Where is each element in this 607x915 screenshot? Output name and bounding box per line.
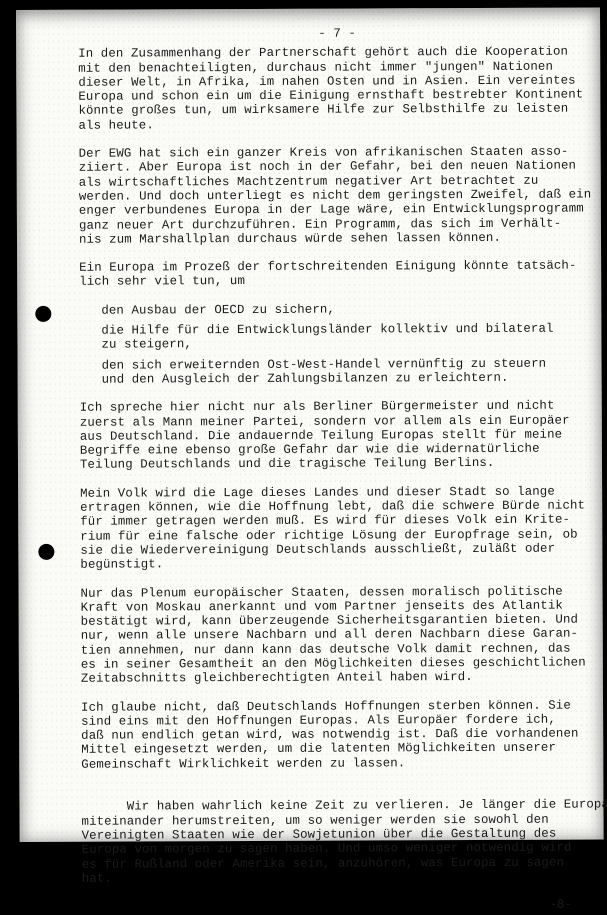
- paragraph-plenum: Nur das Plenum europäischer Staaten, des…: [81, 584, 571, 686]
- paragraph-my-people: Mein Volk wird die Lage dieses Landes un…: [80, 484, 570, 572]
- scanned-page: - 7 - In den Zusammenhang der Partnersch…: [16, 7, 604, 842]
- typewritten-text: - 7 - In den Zusammenhang der Partnersch…: [78, 26, 572, 864]
- list-item: den Ausbau der OECD zu sichern,: [101, 301, 569, 317]
- paragraph-berlin-mayor: Ich spreche hier nicht nur als Berliner …: [80, 399, 570, 473]
- punch-hole-upper: [35, 306, 51, 322]
- paragraph-partnership: In den Zusammenhang der Partnerschaft ge…: [78, 45, 568, 133]
- paragraph-europe-process: Ein Europa im Prozeß der fortschreitende…: [79, 259, 569, 290]
- paragraph-ewg: Der EWG hat sich ein ganzer Kreis von af…: [79, 145, 569, 247]
- page-number: - 7 -: [78, 26, 568, 42]
- paragraph-no-time-text: Wir haben wahrlich keine Zeit zu verlier…: [82, 798, 607, 864]
- punch-hole-lower: [38, 544, 54, 560]
- goals-list: den Ausbau der OECD zu sichern, die Hilf…: [79, 301, 569, 387]
- paragraph-no-time: Wir haben wahrlich keine Zeit zu verlier…: [81, 784, 572, 864]
- list-item: den sich erweiternden Ost-West-Handel ve…: [102, 356, 570, 387]
- list-item: die Hilfe für die Entwicklungsländer kol…: [101, 322, 569, 353]
- paragraph-hopes: Ich glaube nicht, daß Deutschlands Hoffn…: [81, 698, 571, 772]
